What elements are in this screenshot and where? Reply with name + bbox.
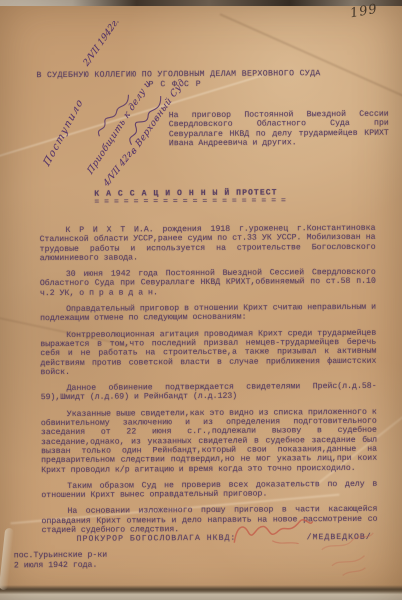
paragraph: На основании изложенного прошу приговор … — [41, 505, 377, 535]
recipient-line: В СУДЕБНУЮ КОЛЛЕГИЮ ПО УГОЛОВНЫМ ДЕЛАМ В… — [36, 69, 320, 80]
paragraph: Данное обвинение подтверждается свидетел… — [41, 382, 377, 403]
body-text-block: К Р И Х Т И.А. рождения 1918 г.уроженец … — [39, 224, 377, 543]
signature-label: ПРОКУРОР БОГОСЛОВЛАГА НКВД: — [77, 534, 237, 544]
footer-date: 2 июля 1942 года. — [14, 560, 98, 570]
recipient-line-rsfsr: Р С Ф С Р — [148, 80, 201, 90]
footer-place: пос.Турьинские р-ки — [14, 551, 107, 561]
paragraph: Таким образом Суд не проверив всех доказ… — [41, 480, 377, 501]
document-scan: 199 2/VII 1942г. Поступило Приобщить к д… — [0, 0, 402, 600]
paragraph: Оправдательный приговор в отношении Крих… — [40, 303, 376, 324]
typed-text-layer: В СУДЕБНУЮ КОЛЛЕГИЮ ПО УГОЛОВНЫМ ДЕЛАМ В… — [0, 0, 402, 600]
paragraph: 30 июня 1942 года Постоянной Выездной Се… — [40, 268, 376, 298]
paragraph: Контрреволюционная агитация проводимая К… — [40, 328, 376, 377]
case-reference-block: На приговор Постоянной Выездной Сессии С… — [169, 110, 389, 149]
paragraph: Указанные выше свидетели,как это видно и… — [41, 408, 377, 475]
paragraph: К Р И Х Т И.А. рождения 1918 г.уроженец … — [39, 224, 375, 264]
document-title-underline: = = = = = = = = = = = = = = = = = = = = — [94, 196, 286, 207]
